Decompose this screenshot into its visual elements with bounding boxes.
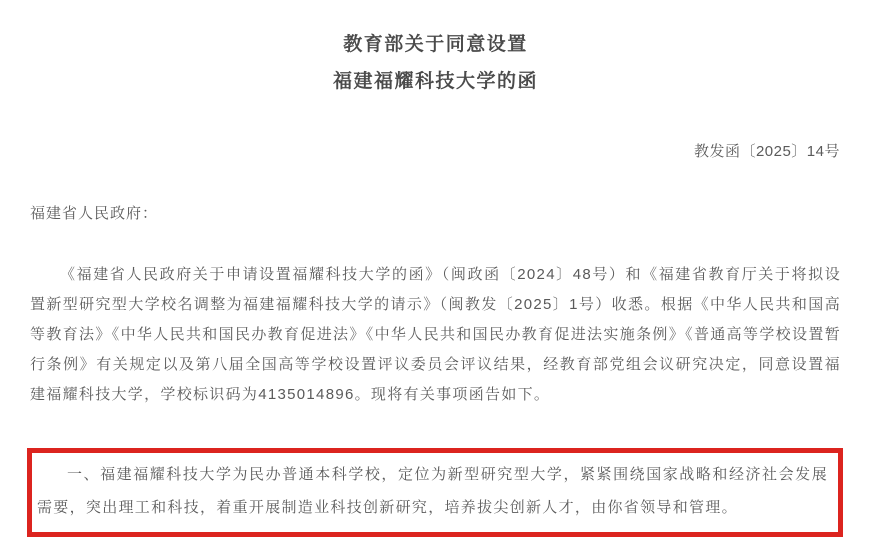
red-highlight-box: 一、福建福耀科技大学为民办普通本科学校，定位为新型研究型大学，紧紧围绕国家战略和… bbox=[27, 448, 843, 537]
salutation: 福建省人民政府： bbox=[30, 202, 841, 223]
document-page: 教育部关于同意设置 福建福耀科技大学的函 教发函〔2025〕14号 福建省人民政… bbox=[0, 0, 871, 552]
highlighted-paragraph: 一、福建福耀科技大学为民办普通本科学校，定位为新型研究型大学，紧紧围绕国家战略和… bbox=[37, 458, 828, 524]
document-number: 教发函〔2025〕14号 bbox=[0, 140, 871, 161]
document-title: 教育部关于同意设置 福建福耀科技大学的函 bbox=[0, 0, 871, 100]
document-title-line1: 教育部关于同意设置 bbox=[0, 26, 871, 63]
document-title-line2: 福建福耀科技大学的函 bbox=[0, 63, 871, 100]
body-paragraph: 《福建省人民政府关于申请设置福耀科技大学的函》（闽政函〔2024〕48号）和《福… bbox=[30, 260, 841, 410]
